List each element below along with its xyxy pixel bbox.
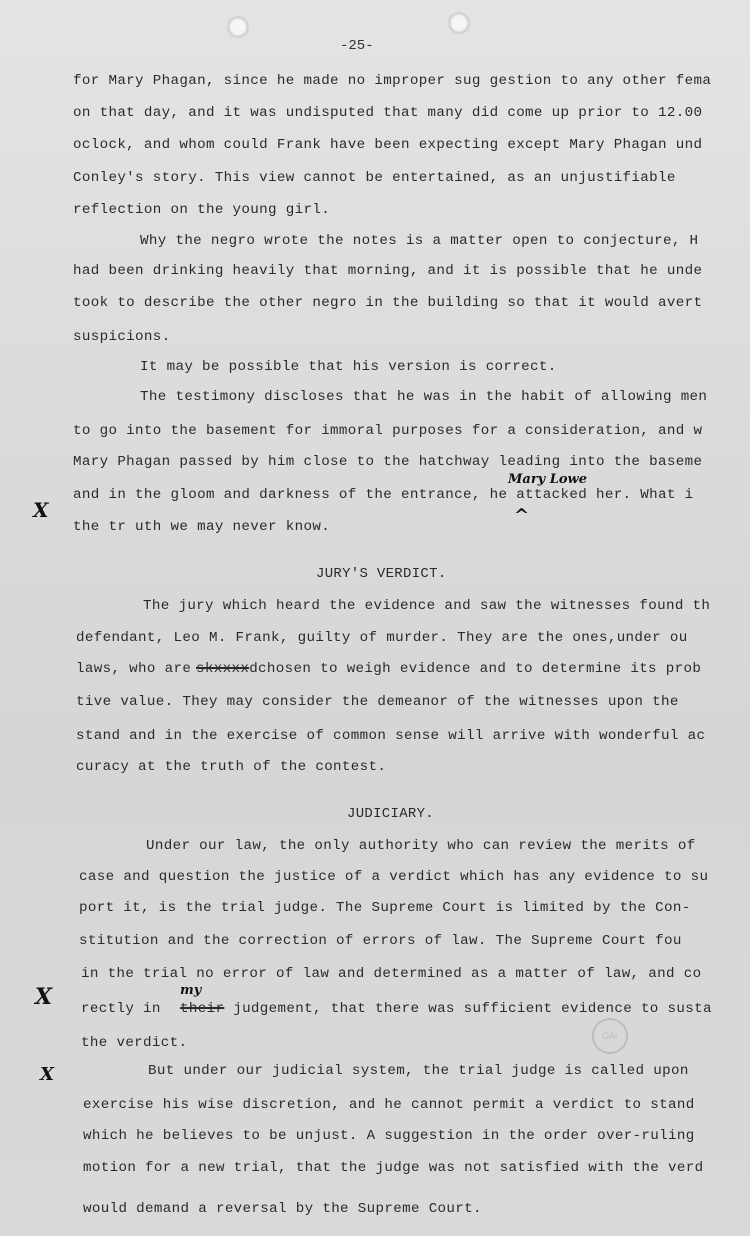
text-line: had been drinking heavily that morning, … (73, 263, 702, 279)
caret-mark: ^ (514, 505, 529, 526)
text-line: The testimony discloses that he was in t… (140, 389, 707, 405)
text-line: oclock, and whom could Frank have been e… (73, 137, 702, 153)
text-line: stitution and the correction of errors o… (79, 933, 682, 949)
margin-mark: X (35, 984, 52, 1010)
text-line: defendant, Leo M. Frank, guilty of murde… (76, 630, 688, 646)
text-line: Why the negro wrote the notes is a matte… (140, 233, 698, 249)
text-line: rectly in (81, 1001, 161, 1017)
archive-stamp: GAr (592, 1018, 628, 1054)
text-line: exercise his wise discretion, and he can… (83, 1097, 695, 1113)
text-line: took to describe the other negro in the … (73, 295, 702, 311)
text-line: But under our judicial system, the trial… (148, 1063, 689, 1079)
text-line: on that day, and it was undisputed that … (73, 105, 702, 121)
text-line: Conley's story. This view cannot be ente… (73, 170, 676, 186)
text-line: The jury which heard the evidence and sa… (143, 598, 710, 614)
text-line: It may be possible that his version is c… (140, 359, 557, 375)
margin-mark: X (33, 498, 49, 522)
punch-hole (228, 17, 248, 37)
section-heading-jury-verdict: JURY'S VERDICT. (316, 566, 447, 582)
text-line: and in the gloom and darkness of the ent… (73, 487, 693, 503)
text-line: laws, who are (76, 661, 191, 677)
text-line: case and question the justice of a verdi… (79, 869, 708, 885)
handwritten-insert-my: my (180, 983, 201, 998)
text-line: stand and in the exercise of common sens… (76, 728, 705, 744)
text-line: would demand a reversal by the Supreme C… (83, 1201, 482, 1217)
text-line: motion for a new trial, that the judge w… (83, 1160, 703, 1176)
section-heading-judiciary: JUDICIARY. (347, 806, 434, 822)
page-number: -25- (340, 38, 374, 54)
text-line: in the trial no error of law and determi… (81, 966, 701, 982)
punch-hole (449, 13, 469, 33)
text-line: Under our law, the only authority who ca… (146, 838, 696, 854)
text-line: for Mary Phagan, since he made no improp… (73, 73, 711, 89)
text-line: suspicions. (73, 329, 171, 345)
text-line: port it, is the trial judge. The Supreme… (79, 900, 691, 916)
text-line: which he believes to be unjust. A sugges… (83, 1128, 695, 1144)
text-line: Mary Phagan passed by him close to the h… (73, 454, 702, 470)
margin-mark: X (40, 1064, 54, 1085)
corrected-text: their judgement, that there was sufficie… (180, 1001, 712, 1017)
text-line: reflection on the young girl. (73, 202, 330, 218)
text-line: to go into the basement for immoral purp… (73, 423, 702, 439)
text-line: the verdict. (81, 1035, 187, 1051)
struck-text: skxxxxdchosen to weigh evidence and to d… (196, 661, 701, 677)
document-page: -25- for Mary Phagan, since he made no i… (0, 0, 750, 1236)
text-line: the tr uth we may never know. (73, 519, 330, 535)
text-line: curacy at the truth of the contest. (76, 759, 386, 775)
text-line: tive value. They may consider the demean… (76, 694, 679, 710)
handwritten-insert: Mary Lowe (508, 472, 587, 487)
